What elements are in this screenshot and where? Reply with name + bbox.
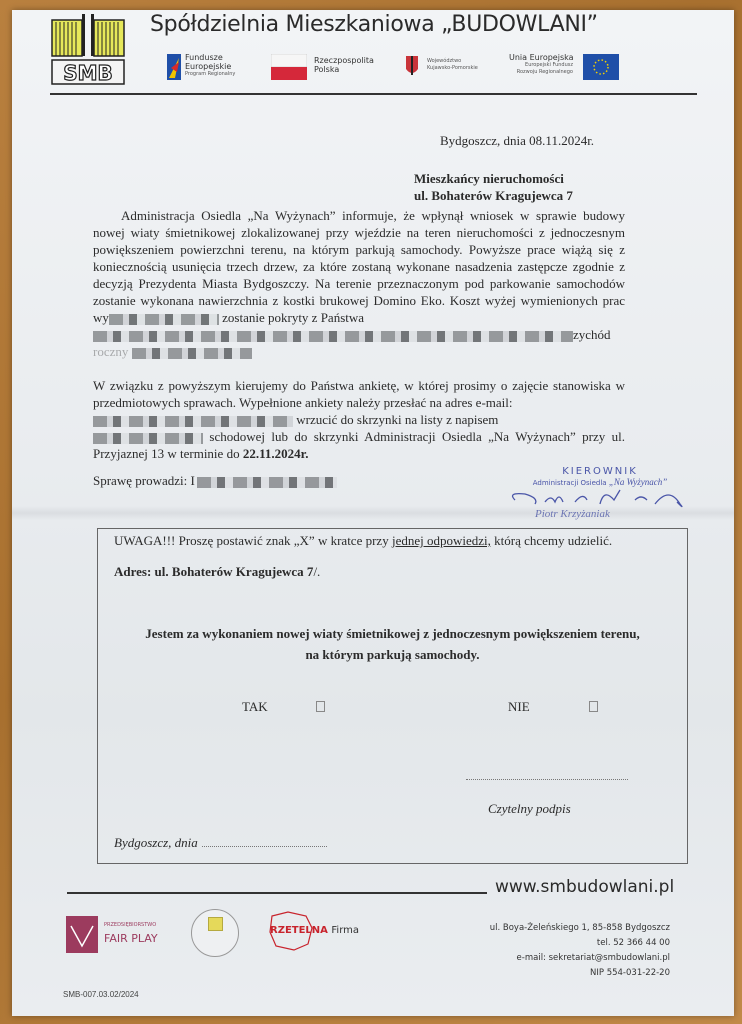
website-link[interactable]: www.smbudowlani.pl	[495, 877, 674, 897]
addressee: Mieszkańcy nieruchomości ul. Bohaterów K…	[414, 170, 573, 204]
survey-form: UWAGA!!! Proszę postawić znak „X” w krat…	[97, 528, 688, 864]
date-field: Bydgoszcz, dnia	[114, 835, 327, 851]
case-handler: Sprawę prowadzi: I	[93, 473, 337, 489]
paragraph-survey: W związku z powyższym kierujemy do Państ…	[93, 377, 625, 462]
polish-flag-icon	[271, 54, 307, 80]
redacted-text	[93, 331, 573, 342]
svg-text:SMB: SMB	[63, 61, 113, 85]
fair-play-icon	[66, 916, 98, 953]
eu-flag-icon	[583, 54, 619, 80]
option-no-checkbox[interactable]	[589, 701, 598, 712]
option-yes-checkbox[interactable]	[316, 701, 325, 712]
option-no-label: NIE	[508, 699, 530, 715]
funding-badges: Fundusze Europejskie Program Regionalny …	[155, 52, 615, 82]
redacted-email	[93, 416, 293, 427]
certificate-seal-icon	[191, 909, 239, 957]
option-yes-label: TAK	[242, 699, 268, 715]
manager-stamp: KIEROWNIK Administracji Osiedla „Na Wyży…	[505, 466, 695, 487]
kujawsko-pomorskie-crest-icon	[405, 55, 419, 77]
contact-info: ul. Boya-Żeleńskiego 1, 85-858 Bydgoszcz…	[490, 921, 670, 981]
letter-date: Bydgoszcz, dnia 08.11.2024r.	[440, 133, 594, 149]
organization-name: Spółdzielnia Mieszkaniowa „BUDOWLANI”	[150, 12, 598, 37]
form-instructions: UWAGA!!! Proszę postawić znak „X” w krat…	[114, 533, 612, 549]
redacted-text	[132, 348, 252, 359]
redacted-text	[109, 314, 219, 325]
date-input-line[interactable]	[202, 836, 327, 847]
smb-logo-icon: SMB	[50, 12, 126, 86]
footer-divider	[67, 892, 487, 894]
form-address: Adres: ul. Bohaterów Kragujewca 7/.	[114, 564, 320, 580]
paragraph-intro: Administracja Osiedla „Na Wyżynach” info…	[93, 207, 625, 360]
signature-label: Czytelny podpis	[488, 801, 571, 817]
header-divider	[50, 93, 697, 95]
fundusze-europejskie-icon	[167, 54, 181, 80]
survey-question: Jestem za wykonaniem nowej wiaty śmietni…	[98, 623, 687, 665]
redacted-name	[197, 477, 337, 488]
document-reference: SMB-007.03.02/2024	[63, 990, 139, 999]
signature-field[interactable]	[466, 769, 628, 780]
redacted-text	[93, 433, 203, 444]
